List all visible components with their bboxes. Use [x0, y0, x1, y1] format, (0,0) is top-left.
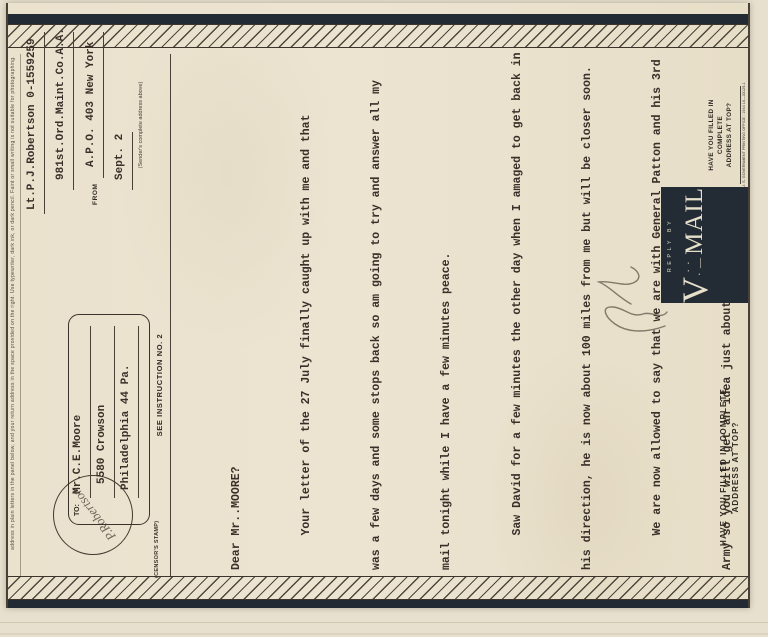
top-rule — [20, 54, 21, 576]
vmail-wordmark: V · · · — MAIL — [675, 187, 715, 303]
body-line: Saw David for a few minutes the other da… — [506, 22, 529, 570]
reminder-line-2: ADDRESS AT TOP? — [730, 362, 742, 572]
see-instruction-label: SEE INSTRUCTION NO. 2 — [155, 300, 164, 470]
censor-stamp-caption: (CENSOR'S STAMP) — [154, 521, 160, 578]
from-note: (Sender's complete address above) — [138, 40, 144, 210]
to-rule-3 — [138, 326, 139, 498]
from-rule-4 — [132, 132, 133, 190]
photo-of-vmail-letter: address in plain letters in the panel be… — [0, 0, 768, 637]
vmail-letter-sheet: address in plain letters in the panel be… — [6, 3, 750, 608]
footer-rule — [740, 86, 741, 184]
reminder-line-1: HAVE YOU FILLED IN COMPLETE — [718, 362, 730, 572]
address-reminder-left: HAVE YOU FILLED IN COMPLETE ADDRESS AT T… — [718, 362, 741, 572]
vmail-logo: REPLY BY V · · · — MAIL — [661, 187, 748, 303]
morse-code-v-icon: · · · — — [684, 257, 706, 276]
body-line: mail tonight while I have a few minutes … — [435, 22, 458, 570]
reminder-line-2: ADDRESS AT TOP? — [725, 84, 734, 186]
to-rule-1 — [90, 326, 91, 498]
to-street: 5580 Crowson — [96, 405, 108, 484]
from-apo: A.P.O. 403 New York — [85, 42, 97, 167]
to-label: TO: — [74, 504, 81, 516]
from-label: FROM — [92, 183, 99, 205]
logo-letter-v: V — [675, 277, 715, 303]
reminder-line-1: HAVE YOU FILLED IN COMPLETE — [707, 84, 725, 186]
backing-paper-crease — [0, 622, 768, 623]
from-rule-2 — [73, 32, 74, 190]
from-rule-1 — [44, 32, 45, 214]
from-date: Sept. 2 — [114, 134, 126, 180]
to-city: Philadelphia 44 Pa. — [120, 365, 132, 490]
left-hatched-border — [8, 576, 748, 600]
logo-word-mail: MAIL — [675, 187, 715, 255]
to-rule-2 — [114, 326, 115, 498]
from-name: Lt.P.J.Robertson 0-1559259 — [26, 38, 38, 210]
reply-by-label: REPLY BY — [667, 187, 673, 303]
from-unit: 981st.Ord.Maint.Co.A.A. — [55, 28, 67, 180]
to-address-panel: TO: Mr.C.E.Moore 5580 Crowson Philadelph… — [68, 314, 150, 525]
left-edge-bar — [8, 600, 748, 608]
body-line: Dear Mr..MOORE? — [225, 22, 248, 570]
address-reminder-right: HAVE YOU FILLED IN COMPLETE ADDRESS AT T… — [707, 84, 734, 186]
body-line: was a few days and some stops back so am… — [365, 22, 388, 570]
government-printing-fine-print: U. S. GOVERNMENT PRINTING OFFICE : 1944 … — [742, 80, 746, 190]
backing-paper-edge — [0, 633, 768, 635]
from-rule-3 — [103, 32, 104, 178]
to-name: Mr.C.E.Moore — [72, 415, 84, 494]
top-instruction-fine-print: address in plain letters in the panel be… — [10, 56, 16, 568]
header-body-divider — [170, 54, 171, 576]
body-line: Your letter of the 27 July finally caugh… — [295, 22, 318, 570]
